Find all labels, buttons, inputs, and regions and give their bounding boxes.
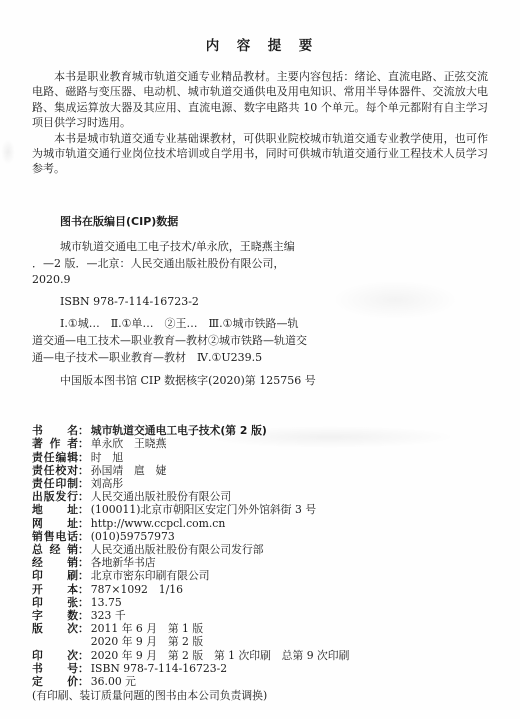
colophon-row-price: 定价：36.00 元 xyxy=(32,675,488,688)
cip-isbn: ISBN 978-7-114-16723-2 xyxy=(32,294,344,311)
colophon-label: 版次 xyxy=(32,622,78,635)
colophon-separator: ： xyxy=(78,543,89,556)
colophon-separator: ： xyxy=(78,464,89,477)
colophon-separator: ： xyxy=(78,569,89,582)
colophon-row-authors: 著作者：单永欣 王晓燕 xyxy=(32,437,488,450)
colophon-value: 787×1092 1/16 xyxy=(91,583,183,596)
colophon-label: 总经销 xyxy=(32,543,78,556)
colophon-row-book-title: 书名：城市轨道交通电工电子技术(第 2 版) xyxy=(32,424,488,437)
colophon-separator: ： xyxy=(78,451,89,464)
colophon-label: 开本 xyxy=(32,583,78,596)
cip-record-number: 中国版本图书馆 CIP 数据核字(2020)第 125756 号 xyxy=(32,373,344,390)
cip-classification: Ⅰ.①城… Ⅱ.①单… ②王… Ⅲ.①城市铁路—轨 道交通—电工技术—职业教育—… xyxy=(32,316,344,366)
colophon-label: 字数 xyxy=(32,609,78,622)
colophon-value: 36.00 元 xyxy=(91,675,136,688)
colophon-value: 13.75 xyxy=(91,596,122,609)
colophon-row-proofreaders: 责任校对：孙国靖 扈 婕 xyxy=(32,464,488,477)
colophon-value: 人民交通出版社股份有限公司 xyxy=(91,490,231,503)
colophon-exchange-note: (有印刷、装订质量问题的图书由本公司负责调换) xyxy=(32,689,488,702)
cip-classification-line: 通—电子技术—职业教育—教材 Ⅳ.①U239.5 xyxy=(32,350,344,367)
colophon-label: 责任印制 xyxy=(32,477,78,490)
summary-paragraph-2: 本书是城市轨道交通专业基础课教材，可供职业院校城市轨道交通专业教学使用，也可作为… xyxy=(32,131,488,177)
colophon-label: 印刷 xyxy=(32,569,78,582)
colophon-label: 出版发行 xyxy=(32,490,78,503)
colophon-label: 定价 xyxy=(32,675,78,688)
colophon-row-edition: 版次：2011 年 6 月 第 1 版 2020 年 9 月 第 2 版 xyxy=(32,622,488,648)
content-summary-section: 内 容 提 要 本书是职业教育城市轨道交通专业精品教材。主要内容包括：绪论、直流… xyxy=(32,34,488,177)
colophon-separator: ： xyxy=(78,424,89,437)
colophon-row-book-number: 书号：ISBN 978-7-114-16723-2 xyxy=(32,662,488,675)
colophon-row-format: 开本：787×1092 1/16 xyxy=(32,583,488,596)
colophon-separator: ： xyxy=(78,517,89,530)
colophon-row-editor: 责任编辑：时 旭 xyxy=(32,451,488,464)
colophon-value: 单永欣 王晓燕 xyxy=(91,437,167,450)
colophon-value: 人民交通出版社股份有限公司发行部 xyxy=(91,543,264,556)
cip-classification-line: 道交通—电工技术—职业教育—教材②城市铁路—轨道交 xyxy=(32,333,344,350)
cip-description-line: ．—2 版．—北京：人民交通出版社股份有限公司， xyxy=(32,256,344,273)
copyright-page: 内 容 提 要 本书是职业教育城市轨道交通专业精品教材。主要内容包括：绪论、直流… xyxy=(0,0,520,702)
colophon-value: (010)59757973 xyxy=(91,530,175,543)
colophon-value: 323 千 xyxy=(91,609,126,622)
colophon-row-sales-phone: 销售电话：(010)59757973 xyxy=(32,530,488,543)
colophon-row-word-count: 字数：323 千 xyxy=(32,609,488,622)
colophon-row-website: 网址：http://www.ccpcl.com.cn xyxy=(32,517,488,530)
colophon-row-printer: 印刷：北京市密东印刷有限公司 xyxy=(32,569,488,582)
colophon-value: 刘高彤 xyxy=(91,477,123,490)
colophon-value: 时 旭 xyxy=(91,451,123,464)
colophon-section: 书名：城市轨道交通电工电子技术(第 2 版) 著作者：单永欣 王晓燕 责任编辑：… xyxy=(32,424,488,702)
colophon-label: 印次 xyxy=(32,649,78,662)
summary-paragraph-1: 本书是职业教育城市轨道交通专业精品教材。主要内容包括：绪论、直流电路、正弦交流电… xyxy=(32,69,488,131)
cip-description-line: 城市轨道交通电工电子技术/单永欣，王晓燕主编 xyxy=(32,239,344,256)
colophon-value: 北京市密东印刷有限公司 xyxy=(91,569,210,582)
colophon-value: (100011)北京市朝阳区安定门外外馆斜街 3 号 xyxy=(91,503,316,516)
cip-section: 图书在版编目(CIP)数据 城市轨道交通电工电子技术/单永欣，王晓燕主编 ．—2… xyxy=(32,214,344,390)
colophon-row-print-supervisor: 责任印制：刘高彤 xyxy=(32,477,488,490)
colophon-label: 经销 xyxy=(32,556,78,569)
colophon-separator: ： xyxy=(78,490,89,503)
cip-heading: 图书在版编目(CIP)数据 xyxy=(32,214,344,230)
colophon-label: 著作者 xyxy=(32,437,78,450)
content-summary-title: 内 容 提 要 xyxy=(32,34,488,54)
cip-description: 城市轨道交通电工电子技术/单永欣，王晓燕主编 ．—2 版．—北京：人民交通出版社… xyxy=(32,239,344,289)
colophon-separator: ： xyxy=(78,530,89,543)
colophon-value: 各地新华书店 xyxy=(91,556,156,569)
colophon-row-address: 地址：(100011)北京市朝阳区安定门外外馆斜街 3 号 xyxy=(32,503,488,516)
colophon-label: 印张 xyxy=(32,596,78,609)
colophon-label: 书名 xyxy=(32,424,78,437)
colophon-row-impression: 印次：2020 年 9 月 第 2 版 第 1 次印刷 总第 9 次印刷 xyxy=(32,649,488,662)
colophon-value: ISBN 978-7-114-16723-2 xyxy=(91,662,227,675)
colophon-value: 2020 年 9 月 第 2 版 第 1 次印刷 总第 9 次印刷 xyxy=(91,649,350,662)
colophon-value: http://www.ccpcl.com.cn xyxy=(91,517,226,530)
colophon-value: 城市轨道交通电工电子技术(第 2 版) xyxy=(91,424,267,437)
colophon-separator: ： xyxy=(78,477,89,490)
colophon-label: 地址 xyxy=(32,503,78,516)
colophon-value: 2011 年 6 月 第 1 版 2020 年 9 月 第 2 版 xyxy=(91,622,203,648)
colophon-label: 网址 xyxy=(32,517,78,530)
colophon-row-distributor: 经销：各地新华书店 xyxy=(32,556,488,569)
colophon-separator: ： xyxy=(78,556,89,569)
colophon-separator: ： xyxy=(78,503,89,516)
colophon-separator: ： xyxy=(78,609,89,622)
colophon-row-general-distributor: 总经销：人民交通出版社股份有限公司发行部 xyxy=(32,543,488,556)
colophon-separator: ： xyxy=(78,437,89,450)
colophon-label: 销售电话 xyxy=(32,530,78,543)
cip-classification-line: Ⅰ.①城… Ⅱ.①单… ②王… Ⅲ.①城市铁路—轨 xyxy=(32,316,344,333)
colophon-row-sheets: 印张：13.75 xyxy=(32,596,488,609)
colophon-label: 书号 xyxy=(32,662,78,675)
colophon-separator: ： xyxy=(78,662,89,675)
colophon-row-publisher: 出版发行：人民交通出版社股份有限公司 xyxy=(32,490,488,503)
colophon-separator: ： xyxy=(78,596,89,609)
colophon-value: 孙国靖 扈 婕 xyxy=(91,464,167,477)
colophon-separator: ： xyxy=(78,622,89,635)
cip-description-line: 2020.9 xyxy=(32,272,344,289)
colophon-separator: ： xyxy=(78,675,89,688)
colophon-separator: ： xyxy=(78,583,89,596)
colophon-separator: ： xyxy=(78,649,89,662)
colophon-label: 责任编辑 xyxy=(32,451,78,464)
colophon-label: 责任校对 xyxy=(32,464,78,477)
